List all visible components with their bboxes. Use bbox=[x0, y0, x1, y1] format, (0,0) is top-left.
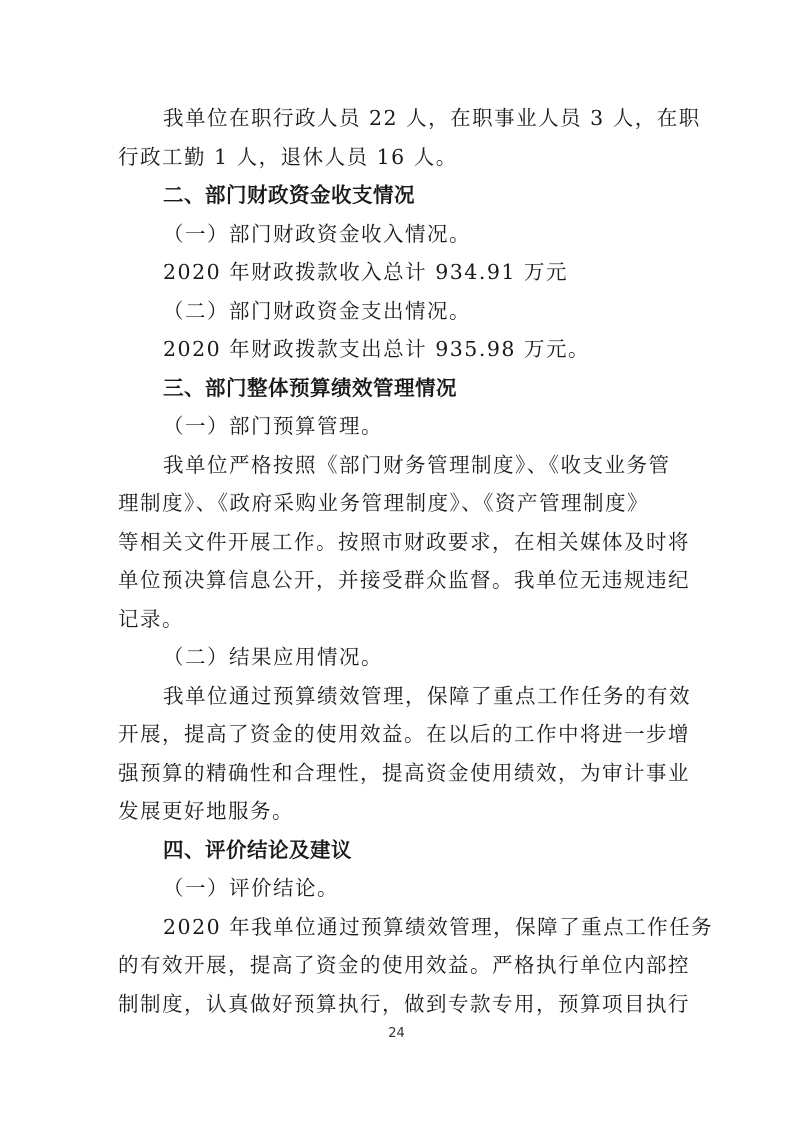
paragraph-line: 2020 年我单位通过预算绩效管理，保障了重点工作任务 bbox=[118, 908, 674, 947]
paragraph-line-staff: 我单位在职行政人员 22 人，在职事业人员 3 人，在职 bbox=[118, 99, 674, 138]
document-page: 我单位在职行政人员 22 人，在职事业人员 3 人，在职 行政工勤 1 人，退休… bbox=[118, 99, 674, 1023]
section-heading-4: 四、评价结论及建议 bbox=[118, 831, 674, 870]
paragraph-line-staff-cont: 行政工勤 1 人，退休人员 16 人。 bbox=[118, 138, 674, 177]
subheading-results-application: （二）结果应用情况。 bbox=[118, 638, 674, 677]
paragraph-line: 理制度》、《政府采购业务管理制度》、《资产管理制度》 bbox=[118, 484, 674, 523]
paragraph-line: 我单位严格按照《部门财务管理制度》、《收支业务管 bbox=[118, 446, 674, 485]
subheading-budget-management: （一）部门预算管理。 bbox=[118, 407, 674, 446]
subheading-evaluation-conclusion: （一）评价结论。 bbox=[118, 869, 674, 908]
paragraph-line: 制制度，认真做好预算执行，做到专款专用，预算项目执行 bbox=[118, 985, 674, 1024]
paragraph-line: 我单位通过预算绩效管理，保障了重点工作任务的有效 bbox=[118, 677, 674, 716]
subheading-expenditure: （二）部门财政资金支出情况。 bbox=[118, 292, 674, 331]
paragraph-line: 单位预决算信息公开，并接受群众监督。我单位无违规违纪 bbox=[118, 561, 674, 600]
paragraph-line: 开展，提高了资金的使用效益。在以后的工作中将进一步增 bbox=[118, 715, 674, 754]
subheading-income: （一）部门财政资金收入情况。 bbox=[118, 215, 674, 254]
paragraph-line-expenditure-total: 2020 年财政拨款支出总计 935.98 万元。 bbox=[118, 330, 674, 369]
paragraph-line: 的有效开展，提高了资金的使用效益。严格执行单位内部控 bbox=[118, 946, 674, 985]
paragraph-line: 记录。 bbox=[118, 600, 674, 639]
paragraph-line: 发展更好地服务。 bbox=[118, 792, 674, 831]
paragraph-line-income-total: 2020 年财政拨款收入总计 934.91 万元 bbox=[118, 253, 674, 292]
page-number: 24 bbox=[0, 1026, 793, 1041]
section-heading-2: 二、部门财政资金收支情况 bbox=[118, 176, 674, 215]
paragraph-line: 强预算的精确性和合理性，提高资金使用绩效，为审计事业 bbox=[118, 754, 674, 793]
section-heading-3: 三、部门整体预算绩效管理情况 bbox=[118, 369, 674, 408]
paragraph-line: 等相关文件开展工作。按照市财政要求，在相关媒体及时将 bbox=[118, 523, 674, 562]
